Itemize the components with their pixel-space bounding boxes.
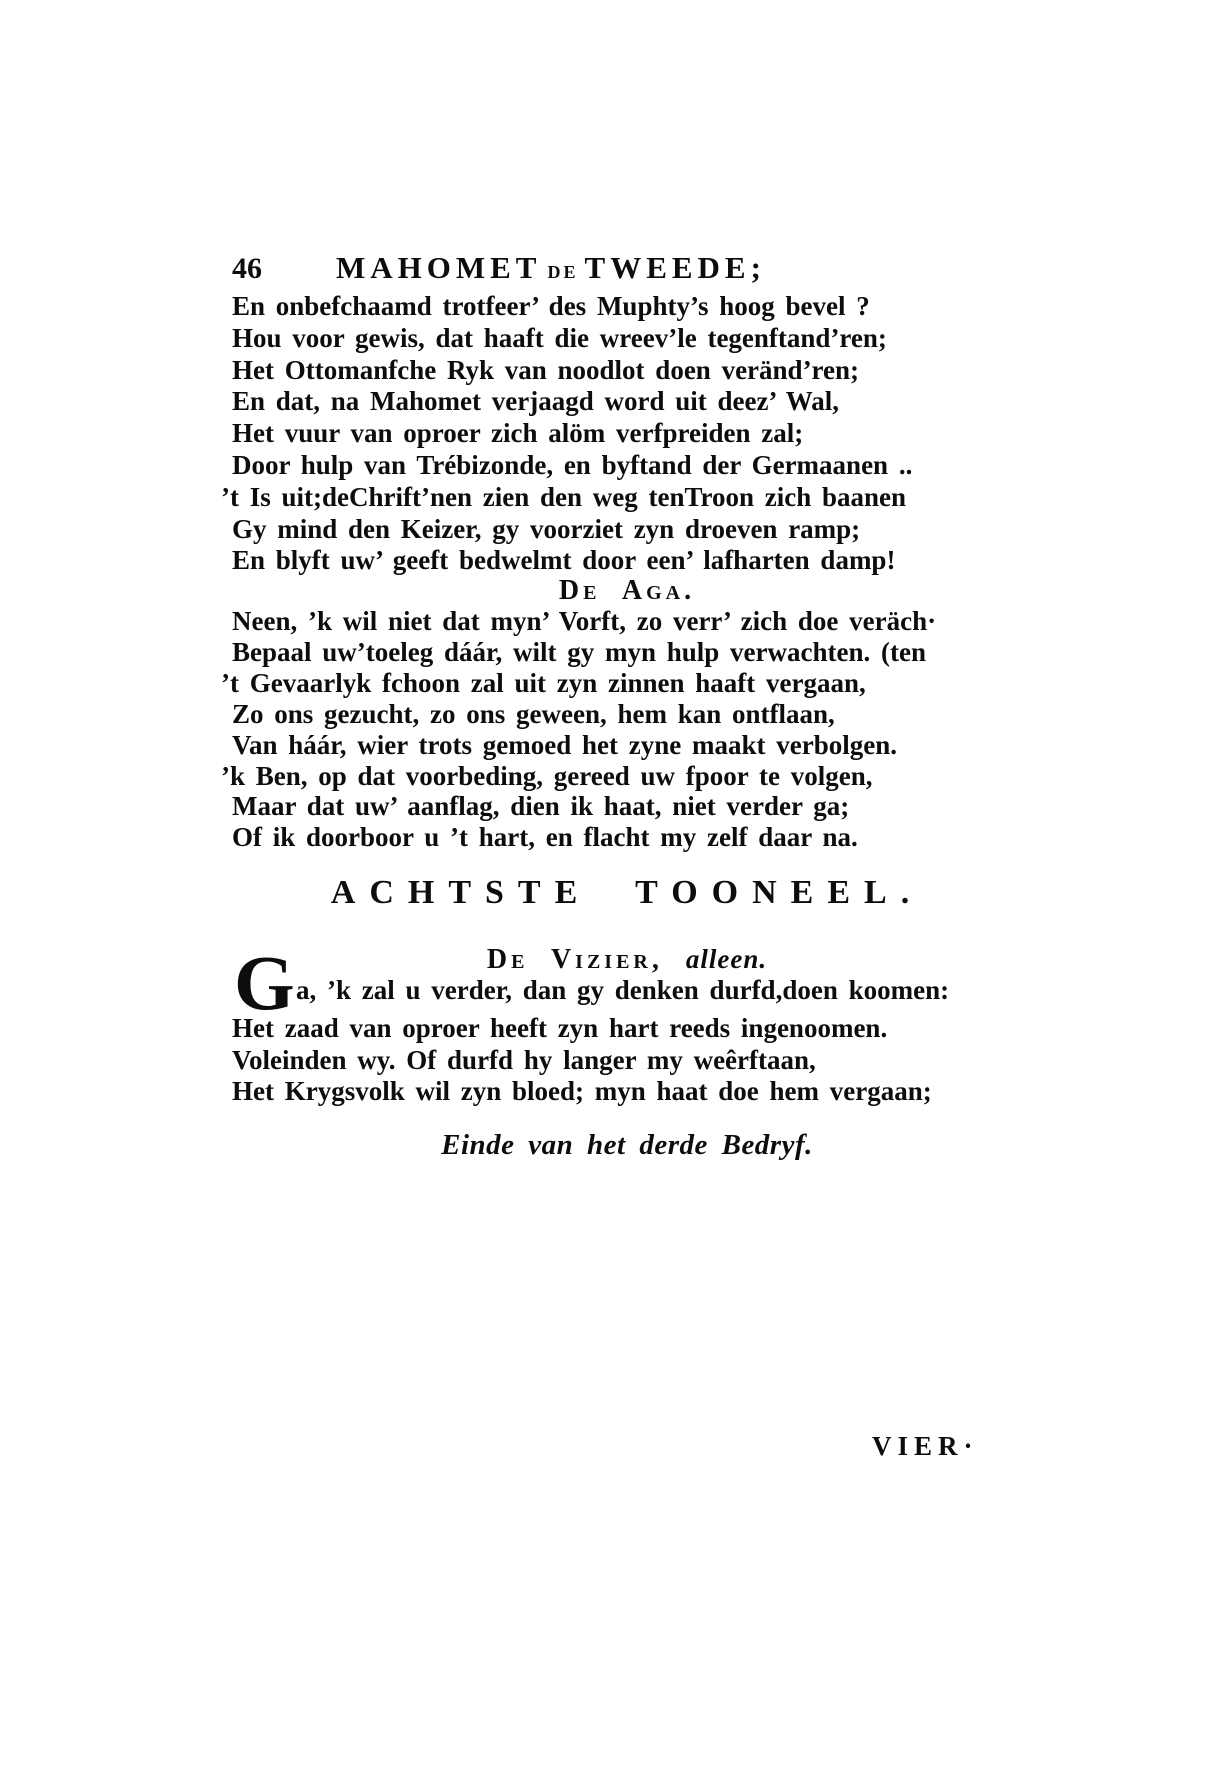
verse-line: Bepaal uw’toeleg dáár, wilt gy myn hulp … [232, 637, 1022, 668]
verse-line: ’t Gevaarlyk fchoon zal uit zyn zinnen h… [232, 668, 1022, 699]
verse-line: Of ik doorboor u ’t hart, en flacht my z… [232, 822, 1022, 853]
speaker-heading-aga: De Aga. [232, 575, 1022, 607]
book-page: 46 MAHOMETdeTWEEDE; En onbefchaamd trotf… [0, 0, 1230, 1782]
verse-line: En blyft uw’ geeft bedwelmt door een’ la… [232, 545, 1022, 577]
act-end-note: Einde van het derde Bedryf. [232, 1129, 1022, 1162]
catchword: VIER· [872, 1431, 979, 1462]
verse-line: ’t Is uit;deChrift’nen zien den weg tenT… [232, 482, 1022, 514]
speaker-heading-vizier: De Vizier, alleen. [232, 944, 1022, 976]
verse-line: En onbefchaamd trotfeer’ des Muphty’s ho… [232, 291, 1022, 323]
speaker-name: De Vizier, [487, 944, 663, 975]
verse-line: ’k Ben, op dat voorbeding, gereed uw fpo… [232, 761, 1022, 792]
verse-line: Maar dat uw’ aanflag, dien ik haat, niet… [232, 791, 1022, 822]
verse-line: Neen, ’k wil niet dat myn’ Vorft, zo ver… [232, 606, 1022, 637]
running-title-de: de [542, 255, 585, 284]
page-number: 46 [232, 252, 262, 286]
verse-line: En dat, na Mahomet verjaagd word uit dee… [232, 386, 1022, 418]
verse-line: a, ’k zal u verder, dan gy denken durfd,… [232, 975, 1022, 1007]
scene-heading: ACHTSTE TOONEEL. [232, 874, 1022, 912]
verse-line: Door hulp van Trébizonde, en byftand der… [232, 450, 1022, 482]
verse-line: Gy mind den Keizer, gy voorziet zyn droe… [232, 514, 1022, 546]
running-title: MAHOMETdeTWEEDE; [336, 250, 766, 286]
verse-line: Zo ons gezucht, zo ons geween, hem kan o… [232, 699, 1022, 730]
vizier-speech-block: En onbefchaamd trotfeer’ des Muphty’s ho… [232, 291, 1022, 577]
running-title-word1: MAHOMET [336, 250, 542, 285]
verse-line: Hou voor gewis, dat haaft die wreev’le t… [232, 323, 1022, 355]
verse-line: Voleinden wy. Of durfd hy langer my weêr… [232, 1045, 1022, 1077]
stage-direction: alleen. [686, 944, 767, 974]
aga-speech-block: Neen, ’k wil niet dat myn’ Vorft, zo ver… [232, 606, 1022, 853]
verse-line: Het zaad van oproer heeft zyn hart reeds… [232, 1013, 1022, 1045]
verse-line: Van háár, wier trots gemoed het zyne maa… [232, 730, 1022, 761]
drop-cap: G [234, 953, 295, 1013]
page-header: 46 MAHOMETdeTWEEDE; [232, 250, 1022, 290]
verse-line: Het Ottomanfche Ryk van noodlot doen ver… [232, 355, 1022, 387]
running-title-word2: TWEEDE; [585, 250, 766, 285]
verse-line: Het Krygsvolk wil zyn bloed; myn haat do… [232, 1076, 1022, 1108]
verse-line: Het vuur van oproer zich alöm verfpreide… [232, 418, 1022, 450]
vizier-monologue-block: G a, ’k zal u verder, dan gy denken durf… [232, 975, 1022, 1108]
